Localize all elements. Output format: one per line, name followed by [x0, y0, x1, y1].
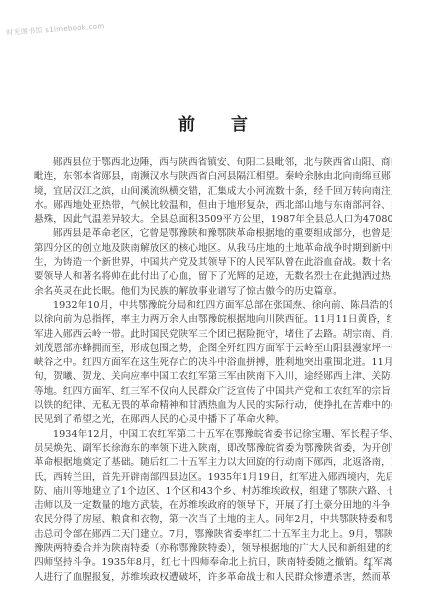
paragraph-2-line-3: 生，为铸造一个新世界，中国共产党及其领导下的人民军队曾在此浴血奋战。数十名党的重: [34, 256, 392, 270]
title-char-2: 言: [231, 110, 248, 135]
paragraph-4-line-7: 农民分得了房屋、粮食和衣物，第一次当了土地的主人。同年2月，中共鄂陕特委和鄂陕游: [34, 513, 392, 527]
paragraph-3-line-3: 军进入郧西云岭一带。此时国民党陕军三个团已据险扼守，堵住了去路。胡宗南、肖之楚、: [34, 328, 392, 342]
paragraph-2-line-4: 要领导人和著名将帅在此付出了心血，留下了光辉的足迹，无数名烈士在此抛洒过热血，千: [34, 270, 392, 284]
paragraph-4-line-6: 击师以及一定数量的地方武装，在苏维埃政府的领导下，开展了打土豪分田地的斗争，贫苦: [34, 499, 392, 513]
paragraph-3-line-9: 民见到了希望之光，在郧西人民的心灵中播下了革命火种。: [34, 413, 392, 427]
paragraph-4-line-4: 氏，西转兰田，首先开辟南部四县边区。1935年1月19日，红军进入郧西境内，先后…: [34, 471, 392, 485]
paragraph-3-line-6: 旬，贺曦、贺龙、关向应率中国工农红军第三军由陕南下入川，途经郧西上津、关防、庙川: [34, 370, 392, 384]
paragraph-1-line-3: 境，宜居汉江之滨，山间溪流纵横交错，汇集成大小河流数十条，经千回万转向南注入汉: [34, 185, 392, 199]
paragraph-4-line-8: 击总司令部在郧西二天门建立。7月，鄂豫陕省委率红二十五军主力北上。9月，鄂陕、: [34, 528, 392, 542]
paragraph-3-line-7: 等地。红四方面军、红三军不仅向人民群众广泛宣传了中国共产党和工农红军的宗旨，而且: [34, 385, 392, 399]
paragraph-4-line-2: 员吴焕先、副军长徐海东的率领下进入陕南，即改鄂豫皖省委为鄂豫陕省委，为开创鄂豫陕: [34, 442, 392, 456]
paragraph-2-line-5: 余名英灵在此长眠。他们为民族的解放事业谱写了惊古傲今的历史篇章。: [34, 285, 392, 299]
paragraph-1-line-1: 郧西县位于鄂西北边陲，西与陕西省镇安、旬阳二县毗邻，北与陕西省山阳、商南四县: [34, 156, 392, 170]
paragraph-4-line-11: 人进行了血腥报复，苏维埃政权遭破坏，许多革命战士和人民群众惨遭杀害，然而革命烽火: [34, 571, 392, 585]
paragraph-3-line-5: 峡谷之中。红四方面军在这生死存亡的决斗中浴血拼搏，胜利地突出重围北进。11月下: [34, 356, 392, 370]
paragraph-1-line-5: 悬殊，因此气温差异较大。全县总面积3509平方公里，1987年全县总人口为470…: [34, 213, 392, 227]
body-text: 郧西县位于鄂西北边陲，西与陕西省镇安、旬阳二县毗邻，北与陕西省山阳、商南四县 毗…: [34, 156, 392, 585]
paragraph-3-line-4: 刘茂恩部亦蜂拥而至，形成包围之势，企图全歼红四方面军于云岭至山阳县漫家坪一带深山: [34, 342, 392, 356]
page-number: 1: [367, 563, 373, 573]
paragraph-4-line-10: 四师坚持斗争。1935年8月，红七十四师奉命北上抗日，陕南特委随之撤销。红军离开…: [34, 556, 392, 570]
paragraph-2-line-2: 第四分区的创立地及陕南解放区的核心地区。从我马庄地的土地革命战争时期到新中国的诞: [34, 242, 392, 256]
paragraph-3-line-1: 1932年10月，中共鄂豫皖分局和红四方面军总部在张国焘、徐向前、陈昌浩的领导下…: [34, 299, 392, 313]
paragraph-4-line-3: 革命根据地奠定了基础。随后红二十五军主力以大回旋的行动南下郧西，北返洛南，东入卢: [34, 456, 392, 470]
paragraph-1-line-2: 毗连，东邻本省郧县，南濒汉水与陕西省白河县隔江相望。秦岭余脉由北向南绵亘郧西全: [34, 170, 392, 184]
paragraph-4-line-1: 1934年12月，中国工农红军第二十五军在鄂豫皖省委书记徐宝珊、军长程子华、政治…: [34, 428, 392, 442]
paragraph-2-line-1: 郧西县是革命老区，它曾是鄂豫陕和豫鄂陕革命根据地的重要组成部分，也曾是豫陕鄂: [34, 227, 392, 241]
paragraph-4-line-5: 防、庙川等地建立了1个边区、1个区和43个乡、村苏维埃政权，组建了鄂陕六路、七路…: [34, 485, 392, 499]
title-char-1: 前: [178, 110, 195, 135]
paragraph-3-line-2: 以徐向前为总指挥，率主力两万余人由鄂豫皖根据地向川陕西征。11月11日黄昏，红四…: [34, 313, 392, 327]
paragraph-1-line-4: 水。郧西地处亚热带，气候比较温和，但由于地形复杂，西北部山地与东南部河谷、盆地高…: [34, 199, 392, 213]
page-title: 前言: [0, 110, 426, 135]
paragraph-3-line-8: 以铁的纪律、无私无畏的革命精神和甘洒热血为人民的实际行动，使挣扎在苦难中的郧西人: [34, 399, 392, 413]
paragraph-4-line-9: 豫陕两特委合并为陕南特委（亦称鄂豫陕特委），领导根据地的广大人民和新组建的红七十: [34, 542, 392, 556]
watermark: 时光图书馆 s1lmebook.com: [6, 21, 105, 38]
